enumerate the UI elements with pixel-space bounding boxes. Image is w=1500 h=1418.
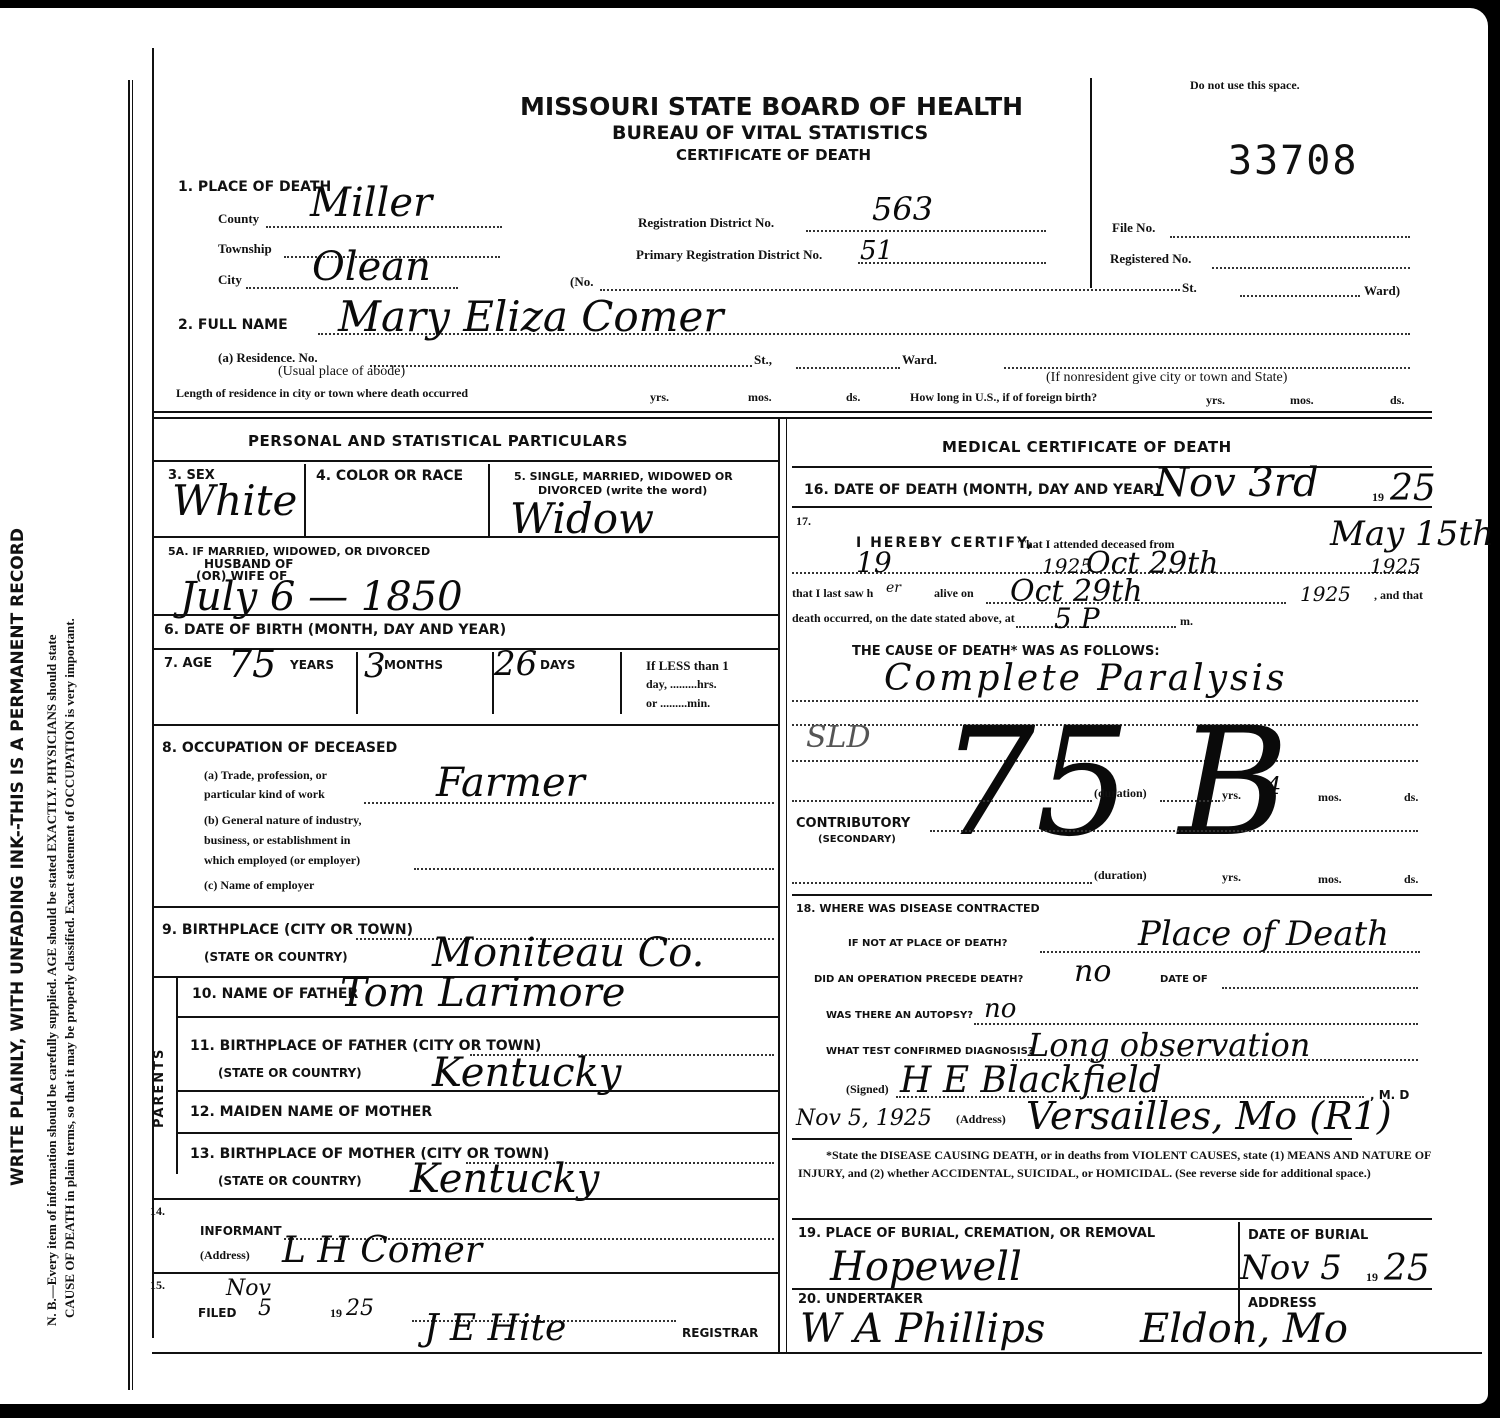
street-no-label: (No. [570, 274, 593, 290]
not-at-place-label: IF NOT AT PLACE OF DEATH? [848, 938, 1007, 949]
burial-year: 25 [1384, 1248, 1430, 1289]
rule [152, 1272, 778, 1274]
section-rule-2 [152, 417, 1432, 419]
signature-address: Versailles, Mo (R1) [1026, 1094, 1392, 1138]
medical-section-title: MEDICAL CERTIFICATE OF DEATH [942, 438, 1232, 456]
occupation-label: 8. OCCUPATION OF DECEASED [162, 740, 397, 756]
birth-date-label: 6. DATE OF BIRTH (MONTH, DAY AND YEAR) [164, 622, 506, 638]
city-value: Olean [312, 244, 431, 290]
filed-year: 25 [346, 1296, 374, 1321]
rule [152, 724, 778, 726]
personal-section-title: PERSONAL AND STATISTICAL PARTICULARS [248, 432, 628, 450]
operation-date-field[interactable] [1222, 987, 1418, 989]
frame-left [152, 48, 154, 1338]
foreign-yrs: yrs. [1206, 393, 1225, 408]
residence-field[interactable] [370, 365, 752, 367]
primary-reg-district-value: 51 [860, 236, 893, 266]
length-yrs: yrs. [650, 390, 669, 405]
contracted-value: Place of Death [1138, 914, 1389, 954]
occupation-value: Farmer [436, 760, 585, 806]
duration-yrs-field[interactable] [1160, 800, 1220, 802]
ward-label: Ward) [1364, 283, 1400, 299]
length-of-residence-label: Length of residence in city or town wher… [176, 386, 468, 401]
rule [152, 906, 778, 908]
form-name: CERTIFICATE OF DEATH [676, 146, 871, 164]
duration-mos-label-2: mos. [1318, 872, 1342, 887]
informant-value: L H Comer [282, 1230, 482, 1271]
industry-field[interactable] [414, 868, 774, 870]
reg-district-value: 563 [872, 190, 933, 228]
autopsy-value: no [984, 994, 1016, 1024]
burial-year-prefix: 19 [1366, 1270, 1378, 1285]
undertaker-address-value: Eldon, Mo [1140, 1306, 1348, 1352]
contributory-field[interactable] [930, 830, 1418, 832]
registered-no-label: Registered No. [1110, 251, 1191, 267]
column-divider [778, 418, 780, 1354]
undertaker-value: W A Phillips [800, 1306, 1045, 1352]
margin-banner: WRITE PLAINLY, WITH UNFADING INK--THIS I… [8, 528, 28, 1186]
parents-label: PARENTS [152, 1048, 167, 1128]
residence-ward-label: Ward. [902, 352, 937, 368]
frame-left-outer [128, 80, 130, 1390]
certificate-paper: WRITE PLAINLY, WITH UNFADING INK--THIS I… [0, 8, 1488, 1404]
mother-name-label: 12. MAIDEN NAME OF MOTHER [190, 1104, 432, 1120]
rule [152, 536, 778, 538]
contracted-label: 18. WHERE WAS DISEASE CONTRACTED [796, 902, 1040, 915]
length-ds: ds. [846, 390, 860, 405]
duration-ds-label-2: ds. [1404, 872, 1418, 887]
cause-label: THE CAUSE OF DEATH* WAS AS FOLLOWS: [852, 644, 1160, 659]
burial-place-value: Hopewell [830, 1244, 1022, 1290]
hours-label: day, .........hrs. [646, 677, 717, 692]
nonresident-note: (If nonresident give city or town and St… [1046, 370, 1287, 386]
secondary-label: (SECONDARY) [818, 834, 896, 845]
rule [792, 1288, 1432, 1290]
foreign-mos: mos. [1290, 393, 1314, 408]
age-label: 7. AGE [164, 656, 212, 671]
file-no-label: File No. [1112, 220, 1155, 236]
rule [792, 894, 1432, 896]
mother-birthplace-value: Kentucky [410, 1156, 599, 1202]
contributory-label: CONTRIBUTORY [796, 816, 910, 831]
attended-from: May 15th [1330, 514, 1494, 554]
dod-year: 25 [1390, 468, 1436, 509]
reg-district-field[interactable] [806, 230, 1046, 232]
reg-district-label: Registration District No. [638, 215, 774, 231]
divider [488, 464, 490, 538]
occupation-b-label-3: which employed (or employer) [204, 853, 360, 868]
foreign-birth-label: How long in U.S., if of foreign birth? [910, 390, 1097, 405]
signed-date: Nov 5, 1925 [796, 1106, 932, 1131]
signature-address-label: (Address) [956, 1112, 1006, 1127]
meridiem-label: m. [1180, 614, 1193, 629]
place-of-death-label: 1. PLACE OF DEATH [178, 179, 331, 195]
attended-to-year: 1925 [1370, 554, 1421, 578]
duration-label-2: (duration) [1094, 868, 1147, 883]
nonresident-field[interactable] [1004, 367, 1410, 369]
foreign-ds: ds. [1390, 393, 1404, 408]
race-label: 4. COLOR OR RACE [316, 468, 463, 484]
rule [176, 1132, 778, 1134]
operation-date-label: DATE OF [1160, 974, 1208, 985]
occupation-a-label-2: particular kind of work [204, 787, 325, 802]
duration-ds-label: ds. [1404, 790, 1418, 805]
months-label: MONTHS [384, 658, 443, 672]
duration-months: 4 [1266, 772, 1281, 800]
father-birthplace-state-label: (STATE OR COUNTRY) [218, 1066, 362, 1080]
last-saw-pronoun: er [886, 580, 901, 596]
occupation-a-label-1: (a) Trade, profession, or [204, 768, 327, 783]
township-label: Township [218, 241, 272, 257]
date-of-death-value: Nov 3rd [1154, 460, 1319, 506]
death-time: 5 P [1054, 602, 1100, 635]
marital-label: 5. SINGLE, MARRIED, WIDOWED OR [514, 470, 733, 483]
full-name-label: 2. FULL NAME [178, 317, 288, 333]
birthplace-state-label: (STATE OR COUNTRY) [204, 950, 348, 964]
rule [176, 1090, 778, 1092]
cause-footnote: *State the DISEASE CAUSING DEATH, or in … [798, 1146, 1432, 1182]
attended-from-day: 19 [856, 546, 892, 579]
residence-st-label: St., [754, 352, 772, 368]
classification-stamp: 75 B [940, 708, 1289, 858]
last-saw-year: 1925 [1300, 582, 1351, 606]
alive-on-label: alive on [934, 586, 974, 601]
rule [792, 506, 1432, 508]
duration-mos-label: mos. [1318, 790, 1342, 805]
length-mos: mos. [748, 390, 772, 405]
registrar-label: REGISTRAR [682, 1326, 758, 1340]
father-name-value: Tom Larimore [340, 970, 625, 1016]
file-no-field[interactable] [1170, 236, 1410, 238]
do-not-use-note: Do not use this space. [1190, 78, 1300, 93]
county-field[interactable] [266, 226, 502, 228]
cause-value: Complete Paralysis [884, 658, 1288, 699]
rule [152, 460, 778, 462]
mother-birthplace-state-label: (STATE OR COUNTRY) [218, 1174, 362, 1188]
duration-yrs-label-2: yrs. [1222, 870, 1241, 885]
rule [152, 1198, 778, 1200]
operation-label: DID AN OPERATION PRECEDE DEATH? [814, 974, 1023, 985]
birthplace-label: 9. BIRTHPLACE (CITY OR TOWN) [162, 922, 413, 938]
days-label: DAYS [540, 658, 575, 672]
and-that-label: , and that [1374, 588, 1423, 603]
duration-yrs-label: yrs. [1222, 788, 1241, 803]
duration-label: (duration) [1094, 786, 1147, 801]
occupation-b-label-2: business, or establishment in [204, 833, 350, 848]
burial-date-label: DATE OF BURIAL [1248, 1228, 1368, 1243]
item-14-number: 14. [150, 1204, 165, 1219]
rule [792, 1218, 1432, 1220]
years-label: YEARS [290, 658, 334, 672]
date-of-death-label: 16. DATE OF DEATH (MONTH, DAY AND YEAR) [804, 482, 1161, 498]
divider [356, 652, 358, 714]
duration-line-2[interactable] [792, 882, 1092, 884]
age-days: 26 [494, 644, 537, 684]
margin-note-line1: N. B.—Every item of information should b… [44, 634, 60, 1326]
cause-code: SLD [806, 720, 871, 755]
autopsy-field[interactable] [974, 1023, 1418, 1025]
full-name-value: Mary Eliza Comer [338, 292, 723, 341]
section-rule-1 [152, 411, 1432, 413]
burial-date-value: Nov 5 [1240, 1248, 1342, 1288]
autopsy-label: WAS THERE AN AUTOPSY? [826, 1010, 973, 1021]
form-subtitle: BUREAU OF VITAL STATISTICS [612, 122, 928, 144]
filed-year-prefix: 19 [330, 1306, 342, 1321]
registrar-signature: J E Hite [424, 1308, 566, 1349]
form-title: MISSOURI STATE BOARD OF HEALTH [520, 92, 1023, 121]
last-saw-label: that I last saw h [792, 586, 873, 601]
registered-no-field[interactable] [1212, 267, 1410, 269]
father-name-label: 10. NAME OF FATHER [192, 986, 358, 1002]
city-label: City [218, 272, 242, 288]
dod-year-prefix: 19 [1372, 490, 1384, 505]
office-space-divider [1090, 78, 1092, 288]
item-15-number: 15. [150, 1278, 165, 1293]
filed-label: FILED [198, 1306, 236, 1320]
operation-value: no [1074, 954, 1111, 989]
county-label: County [218, 211, 259, 227]
less-than-1-label: If LESS than 1 [646, 658, 729, 674]
test-value: Long observation [1028, 1026, 1310, 1064]
age-months: 3 [364, 646, 386, 686]
county-value: Miller [310, 180, 432, 226]
informant-address-label: (Address) [200, 1248, 250, 1263]
divider [304, 464, 306, 538]
residence-ward-field[interactable] [796, 367, 900, 369]
parents-bracket [176, 976, 178, 1174]
frame-left-inner [132, 80, 133, 1390]
rule [152, 614, 778, 616]
informant-label: INFORMANT [200, 1224, 282, 1238]
rule [792, 466, 1432, 468]
minutes-label: or .........min. [646, 696, 710, 711]
test-label: WHAT TEST CONFIRMED DIAGNOSIS? [826, 1046, 1034, 1057]
rule [176, 1016, 778, 1018]
margin-note-line2: CAUSE OF DEATH in plain terms, so that i… [62, 618, 78, 1318]
street-field[interactable] [600, 289, 1180, 291]
ward-field[interactable] [1240, 295, 1360, 297]
death-time-label: death occurred, on the date stated above… [792, 611, 1015, 626]
sex-value: White [172, 476, 297, 525]
certificate-number: 33708 [1228, 138, 1358, 184]
burial-place-label: 19. PLACE OF BURIAL, CREMATION, OR REMOV… [798, 1226, 1155, 1241]
street-st-label: St. [1182, 280, 1197, 296]
residence-sublabel: (Usual place of abode) [278, 364, 405, 380]
duration-line-1[interactable] [792, 800, 1092, 802]
bottom-rule [152, 1352, 1482, 1354]
rule [792, 1138, 1352, 1140]
age-years: 75 [228, 642, 276, 686]
occupation-b-label-1: (b) General nature of industry, [204, 813, 361, 828]
primary-reg-district-label: Primary Registration District No. [636, 247, 822, 263]
divider [620, 652, 622, 714]
item-17-number: 17. [796, 514, 811, 529]
occupation-c-label: (c) Name of employer [204, 878, 314, 893]
undertaker-label: 20. UNDERTAKER [798, 1292, 923, 1307]
filed-day: 5 [258, 1296, 272, 1321]
column-divider-inner [786, 418, 787, 1354]
signed-label: (Signed) [846, 1082, 889, 1097]
